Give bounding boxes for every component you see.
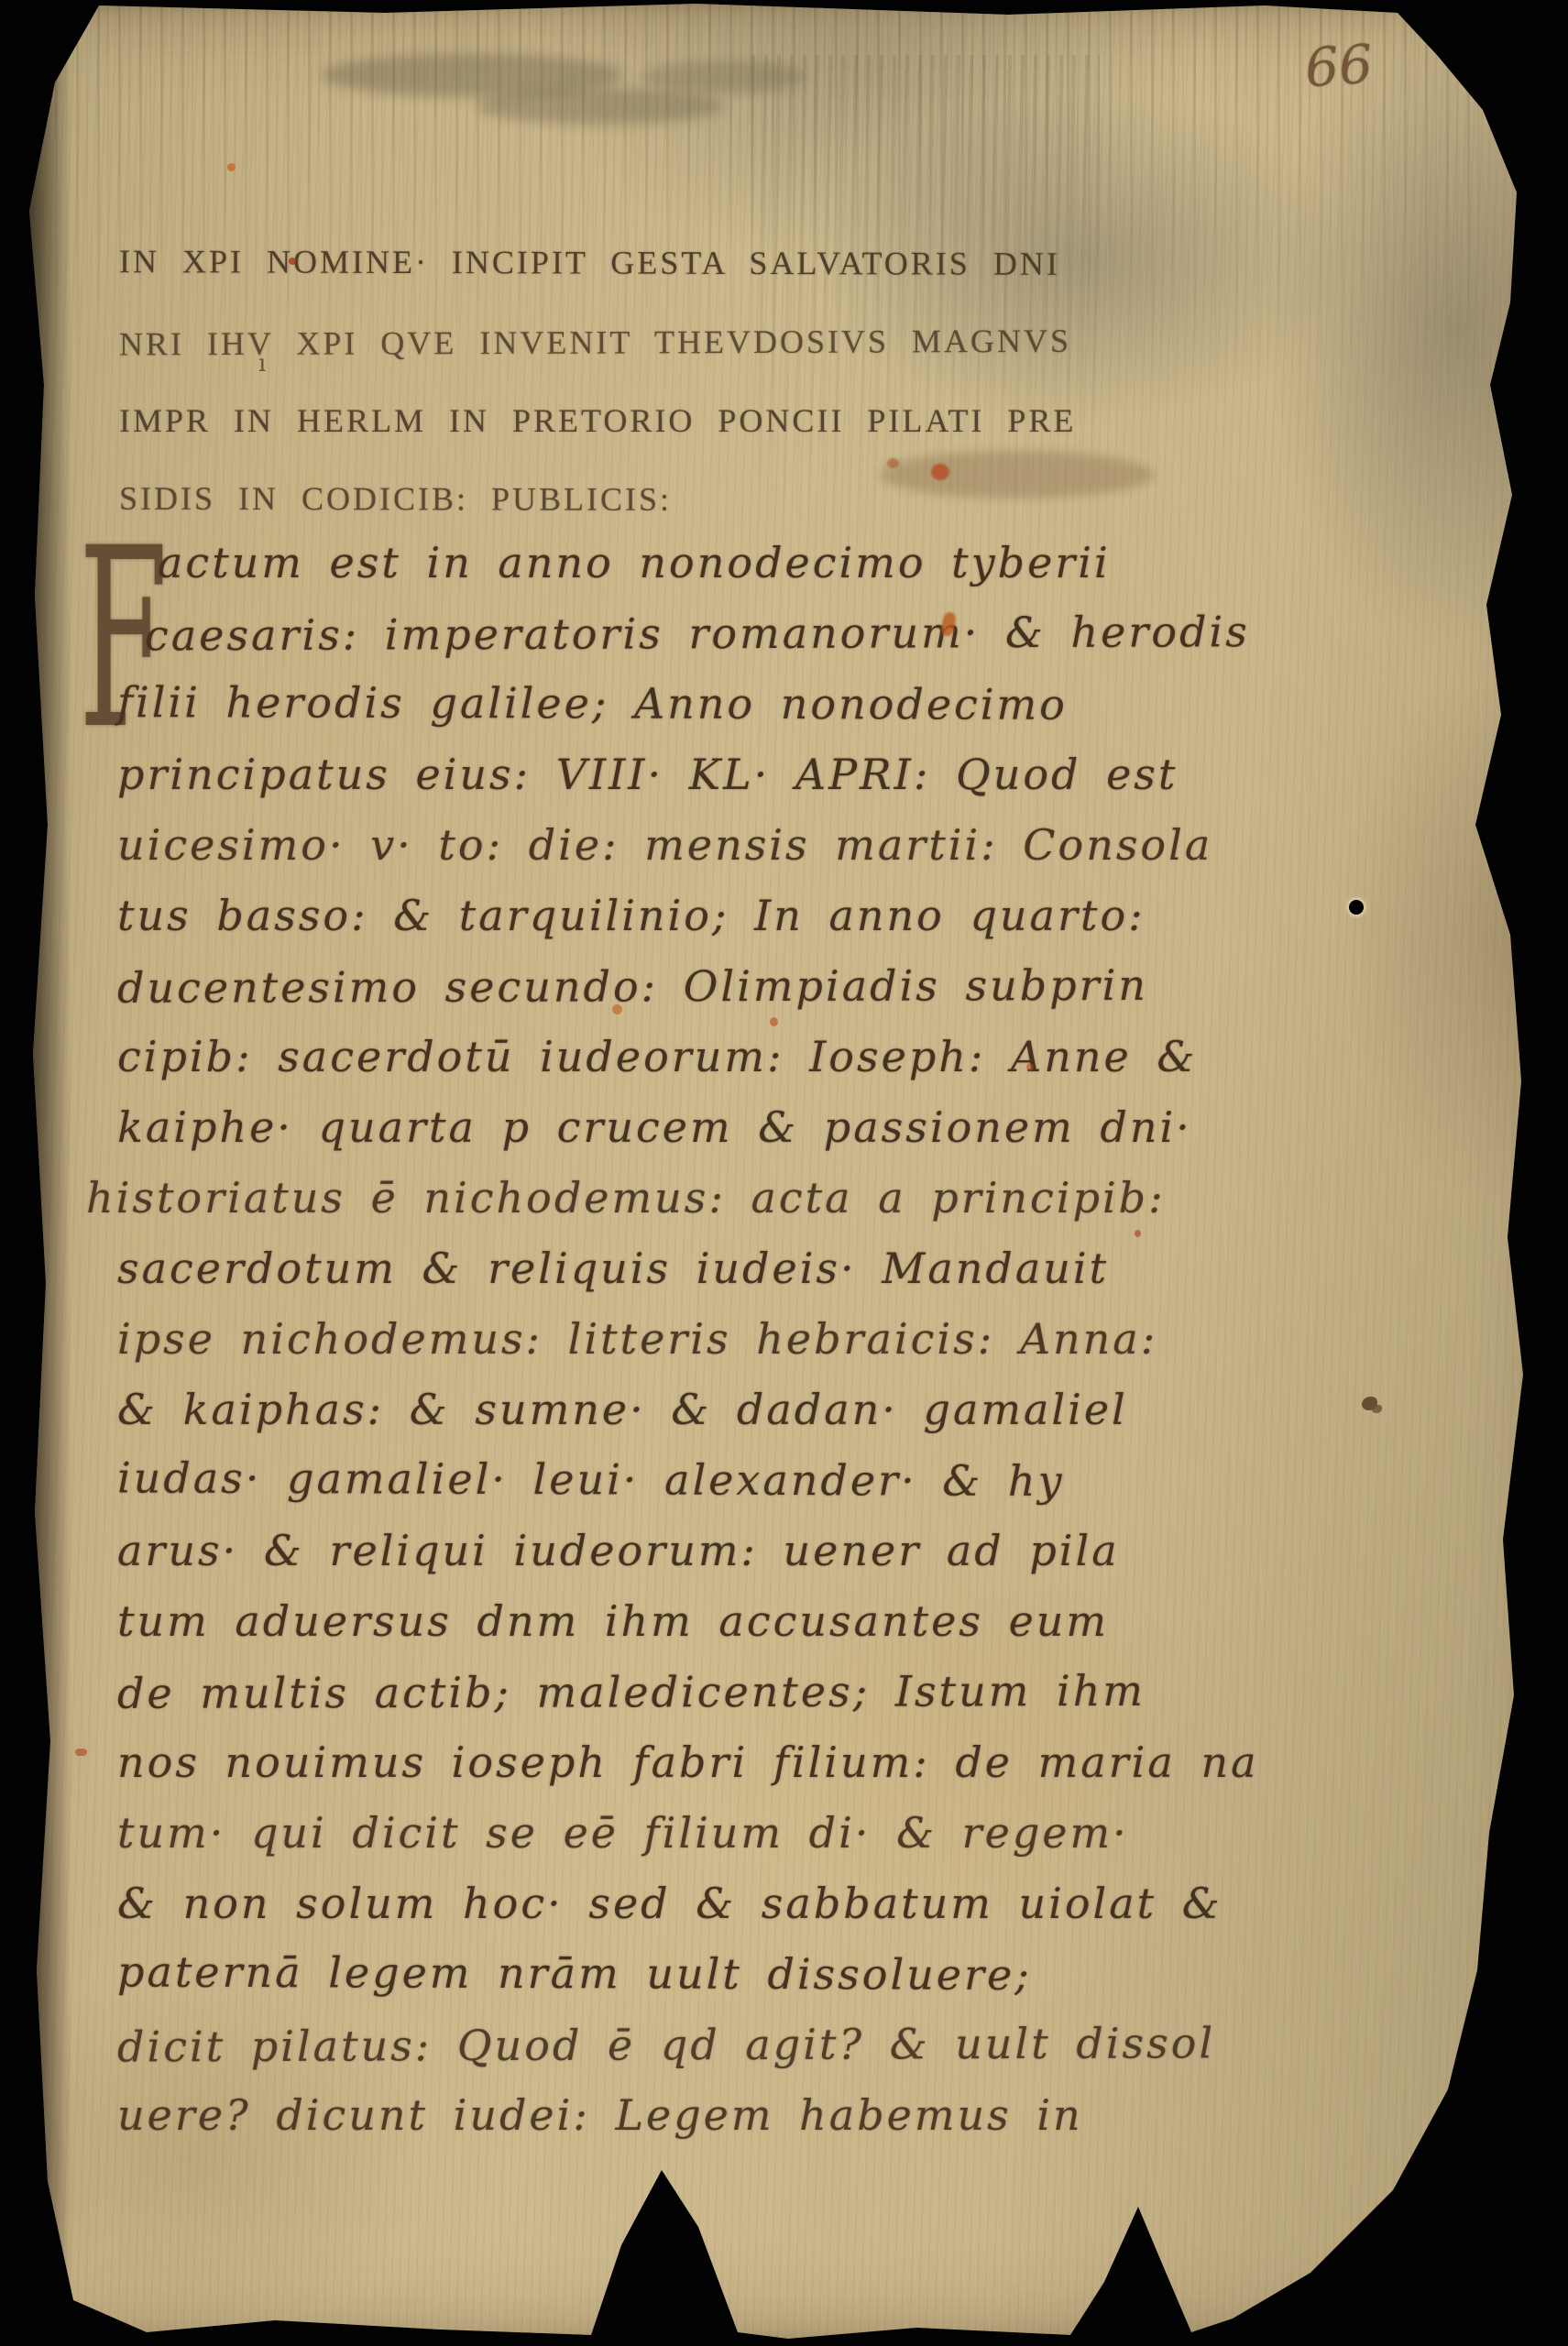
body-line: sacerdotum & reliquis iudeis· Mandauit xyxy=(117,1233,1419,1304)
body-line: ducentesimo secundo: Olimpiadis subprin xyxy=(117,949,1419,1024)
body-line: cipib: sacerdotū iudeorum: Ioseph: Anne … xyxy=(117,1022,1419,1092)
body-line: iudas· gamaliel· leui· alexander· & hy xyxy=(117,1443,1419,1518)
manuscript-photo: 66 IN XPI NOMINE· INCIPIT GESTA SALVATOR… xyxy=(0,0,1568,2346)
parchment-page: 66 IN XPI NOMINE· INCIPIT GESTA SALVATOR… xyxy=(0,0,1568,2346)
body-line: de multis actib; maledicentes; Istum ihm xyxy=(117,1655,1419,1729)
heading-line: IN XPI NOMINE· INCIPIT GESTA SALVATORIS … xyxy=(119,222,1402,304)
rubric-remnant-dot xyxy=(931,464,949,480)
ink-dot-red xyxy=(1026,1063,1034,1071)
body-line: caesaris: imperatoris romanorum· & herod… xyxy=(145,597,1419,672)
binding-gutter-edge xyxy=(0,0,71,2346)
body-line: & non solum hoc· sed & sabbatum uiolat & xyxy=(117,1869,1419,1939)
body-line: arus· & reliqui iudeorum: uener ad pila xyxy=(117,1516,1419,1586)
folio-number: 66 xyxy=(1303,33,1375,100)
ink-dot-red xyxy=(1135,1230,1141,1237)
body-line: & kaiphas: & sumne· & dadan· gamaliel xyxy=(117,1375,1419,1445)
ink-dot-red xyxy=(770,1017,778,1026)
body-line: actum est in anno nonodecimo tyberii xyxy=(158,528,1419,598)
body-line: nos nouimus ioseph fabri filium: de mari… xyxy=(117,1727,1419,1798)
heading-line: IMPR IN HERLM IN PRETORIO PONCII PILATI … xyxy=(119,381,1402,460)
showthrough-mark xyxy=(9,384,23,390)
ink-dot-red xyxy=(289,258,296,265)
body-line: tus basso: & tarquilinio; In anno quarto… xyxy=(117,881,1419,951)
incipit-heading: IN XPI NOMINE· INCIPIT GESTA SALVATORIS … xyxy=(119,224,1402,539)
erased-text-smudge xyxy=(641,60,806,93)
body-line: filii herodis galilee; Anno nonodecimo xyxy=(117,667,1419,741)
ink-dot-orange xyxy=(227,163,236,171)
body-text-block: actum est in anno nonodecimo tyberii cae… xyxy=(117,528,1419,2151)
parchment-hole xyxy=(1349,900,1364,915)
body-line: uere? dicunt iudei: Legem habemus in xyxy=(117,2080,1419,2151)
body-line: dicit pilatus: Quod ē qd agit? & uult di… xyxy=(117,2008,1419,2083)
pen-trial-mark xyxy=(75,1749,87,1756)
showthrough-mark xyxy=(11,952,25,959)
body-line: historiatus ē nichodemus: acta a princip… xyxy=(86,1163,1419,1233)
body-line: kaiphe· quarta p crucem & passionem dni· xyxy=(117,1092,1419,1163)
ink-dot-orange xyxy=(612,1004,622,1014)
body-line: principatus eius: VIII· KL· APRI: Quod e… xyxy=(117,740,1419,810)
rubric-remnant-dot xyxy=(887,458,899,468)
body-line: tum· qui dicit se eē filium di· & regem· xyxy=(117,1798,1419,1869)
heading-line: NRI IHV XPI QVE INVENIT THEVDOSIVS MAGNV… xyxy=(119,301,1402,384)
body-line: uicesimo· v· to: die: mensis martii: Con… xyxy=(117,810,1419,881)
interlinear-insertion-mark: ı xyxy=(258,350,266,378)
erased-text-smudge xyxy=(477,88,724,125)
body-line: paternā legem nrām uult dissoluere; xyxy=(117,1937,1419,2012)
showthrough-mark xyxy=(7,641,21,647)
body-line: tum aduersus dnm ihm accusantes eum xyxy=(117,1586,1419,1657)
body-line: ipse nichodemus: litteris hebraicis: Ann… xyxy=(117,1304,1419,1375)
